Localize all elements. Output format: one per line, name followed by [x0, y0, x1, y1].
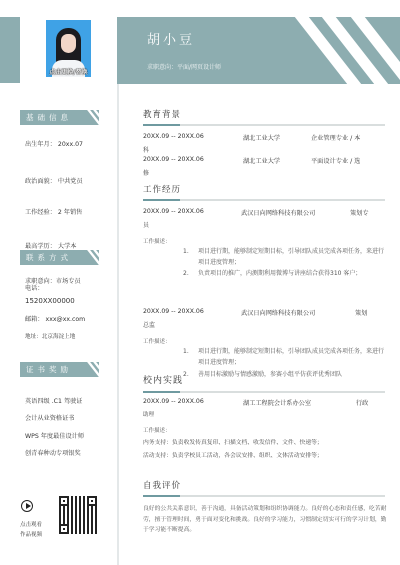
job-wrap: 总监	[143, 320, 155, 329]
job-role: 策划	[355, 308, 367, 317]
edu-period: 20XX.09 -- 20XX.06	[143, 156, 204, 163]
photo-caption[interactable]: 点击更换/替换	[46, 67, 91, 76]
section-work: 工作经历	[143, 183, 385, 201]
rule-accent	[143, 199, 180, 201]
section-rule	[143, 495, 385, 497]
portfolio-label[interactable]: 作品视频	[20, 530, 42, 538]
candidate-name: 胡小豆	[147, 29, 195, 48]
rule-accent	[143, 391, 180, 393]
section-basic-info: 基础信息	[20, 110, 99, 125]
campus-line: 活动支持：负责学校员工活动，各会议安排、组织、文体活动安排等；	[143, 450, 323, 459]
profile-photo[interactable]: 点击更换/替换	[46, 20, 91, 77]
section-rule	[143, 124, 385, 126]
edu-school: 湖北工业大学	[243, 156, 280, 165]
rule-accent	[143, 124, 180, 126]
job-period: 20XX.09 -- 20XX.06	[143, 208, 204, 215]
job-desc-label: 工作描述：	[143, 237, 171, 245]
section-title: 自我评价	[143, 479, 385, 491]
section-rule	[143, 199, 385, 201]
campus-line: 内务支持：负责收发传真复印、扫描文档、收发信件、文件、快递等；	[143, 437, 323, 446]
header-banner: 胡小豆 求职意向：平面/网页设计师	[117, 17, 400, 84]
edu-period: 20XX.09 -- 20XX.06	[143, 133, 204, 140]
column-divider	[117, 84, 119, 565]
job-desc-item: 1. 项目进行期，能够制定短期目标，引导团队成员完成各项任务，来进行项目进度管理…	[143, 246, 388, 268]
section-title: 工作经历	[143, 183, 385, 195]
section-title: 证书奖励	[26, 364, 72, 375]
job-desc-item: 2. 负责项目的推广，内测期利用微博与讲座结合获得310 客户；	[143, 268, 388, 279]
play-circle-icon[interactable]	[21, 500, 33, 512]
section-title: 教育背景	[143, 108, 385, 120]
qr-finder	[59, 524, 69, 534]
contact-email[interactable]: 邮箱： xxx@xx.com	[25, 314, 85, 323]
job-role: 策划专	[350, 208, 369, 217]
decor-block	[0, 17, 20, 83]
section-title: 校内实践	[143, 373, 385, 386]
photo-face	[61, 34, 76, 53]
campus-wrap: 助理	[143, 410, 154, 418]
campus-role: 行政	[356, 398, 368, 407]
job-company: 武汉日向网络科技有限公司	[241, 208, 315, 217]
edu-major: 企业管理专业 / 本	[311, 133, 360, 142]
job-intent: 求职意向：平面/网页设计师	[147, 62, 221, 71]
section-self-eval: 自我评价	[143, 479, 385, 497]
section-campus: 校内实践	[143, 373, 385, 393]
certificate-item: 创青春种动专项银奖	[25, 448, 81, 457]
job-company: 武汉日向网络科技有限公司	[241, 308, 315, 317]
certificate-item: WPS 年度最佳设计师	[25, 431, 84, 440]
qr-finder	[87, 496, 97, 506]
contact-address: 地址：北京海淀上地	[25, 332, 75, 340]
job-desc-label: 工作描述：	[143, 337, 171, 345]
job-period: 20XX.09 -- 20XX.06	[143, 308, 204, 315]
info-experience: 工作经验： 2 年销售	[25, 205, 97, 220]
info-birth: 出生年月： 20xx.07	[25, 137, 97, 152]
job-wrap: 员	[143, 220, 149, 229]
job-desc-item: 1. 项目进行期，能够制定短期目标，引导团队成员完成各项任务，来进行项目进度管理…	[143, 346, 388, 368]
campus-period: 20XX.09 -- 20XX.06	[143, 398, 204, 405]
section-contact: 联系方式	[20, 250, 99, 265]
campus-org: 湖工工程院会计系办公室	[243, 398, 311, 407]
edu-wrap: 修	[143, 168, 149, 177]
section-education: 教育背景	[143, 108, 385, 126]
section-title: 基础信息	[26, 112, 72, 123]
portfolio-label[interactable]: 点击观看	[20, 520, 42, 528]
certificate-item: 英语四级 .C1 驾驶证	[25, 396, 82, 405]
section-certificates: 证书奖励	[20, 362, 99, 377]
section-rule	[143, 391, 385, 393]
info-politics: 政治面貌： 中共党员	[25, 174, 97, 189]
edu-wrap: 科	[143, 145, 149, 154]
edu-major: 平面设计专业 / 选	[311, 156, 360, 165]
info-education: 最高学历： 大学本	[25, 241, 76, 250]
qr-finder	[59, 496, 69, 506]
contact-phone-label: 电话：	[25, 283, 44, 292]
edu-school: 湖北工业大学	[243, 133, 280, 142]
rule-accent	[143, 495, 180, 497]
qr-code-icon[interactable]	[59, 496, 97, 534]
contact-phone[interactable]: 1520XX00000	[25, 297, 75, 305]
self-eval-text: 良好的公共关系意识，善于沟通，具备活动策划和组织协调能力。良好的心态和责任感，吃…	[143, 504, 388, 536]
certificate-item: 会计从业资格证书	[25, 413, 75, 422]
section-title: 联系方式	[26, 252, 72, 263]
campus-desc-label: 工作描述：	[143, 426, 171, 434]
